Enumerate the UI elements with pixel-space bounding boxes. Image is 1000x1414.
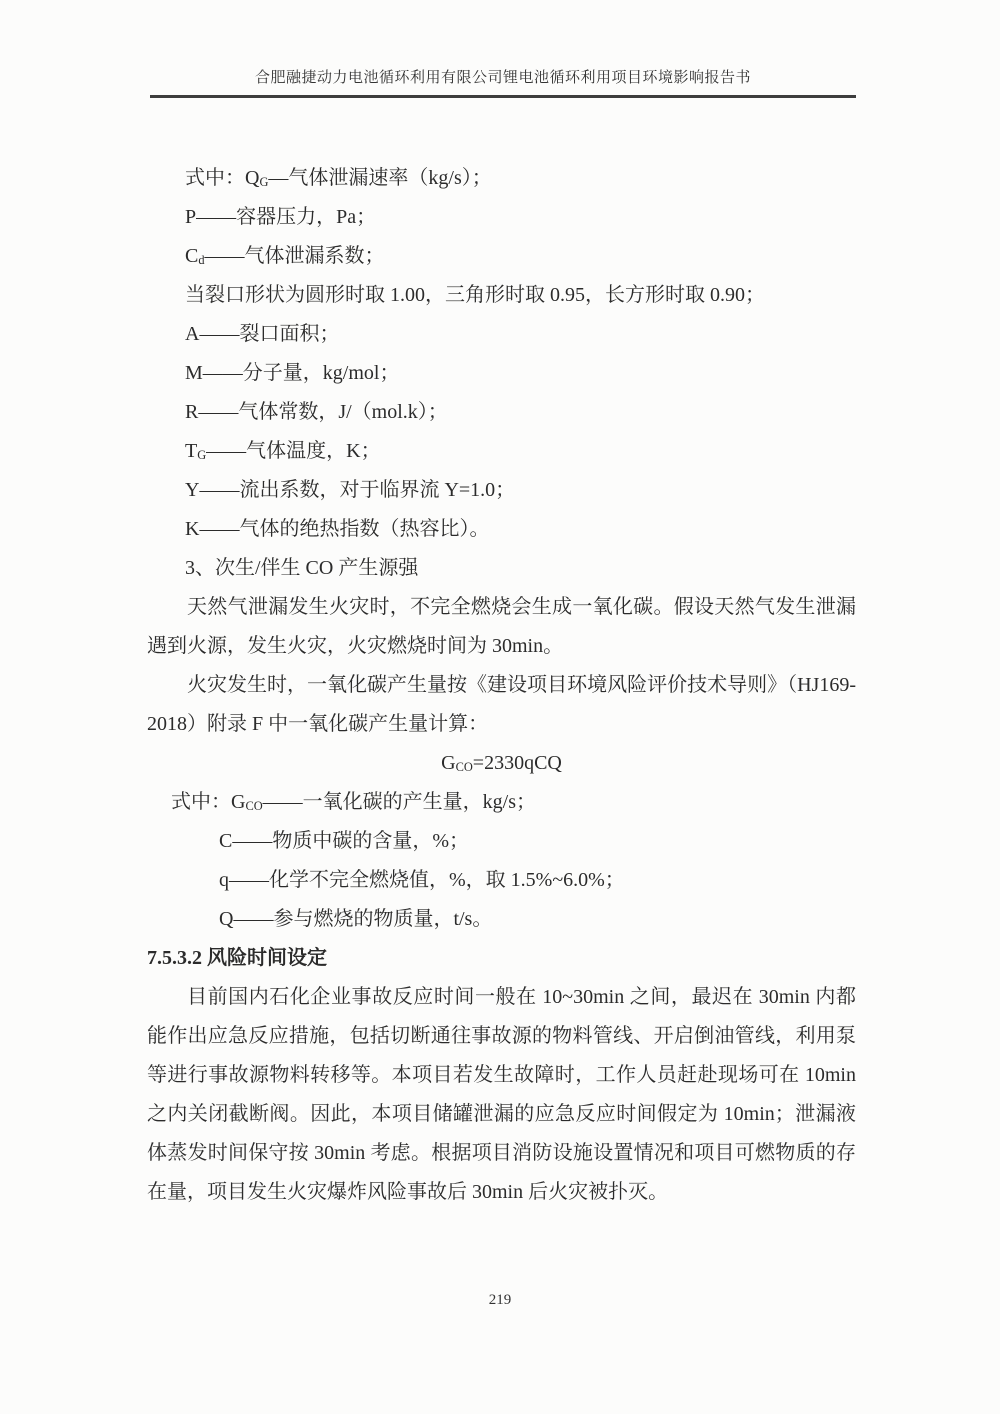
text-segment: —气体泄漏速率（kg/s）；: [268, 167, 491, 189]
note-line-crack-shape: 当裂口形状为圆形时取 1.00，三角形时取 0.95，长方形时取 0.90；: [147, 276, 856, 315]
where-line-qg: 式中：QG—气体泄漏速率（kg/s）；: [147, 159, 856, 198]
def-line-tg: TG——气体温度，K；: [147, 432, 856, 471]
page-footer: 219: [0, 1292, 1000, 1309]
def-line-cd: Cd——气体泄漏系数；: [147, 237, 856, 276]
def-line-c: C——物质中碳的含量，%；: [147, 822, 856, 861]
text-segment: 式中：G: [171, 791, 245, 813]
section-heading-risk-time: 7.5.3.2 风险时间设定: [147, 939, 856, 978]
text-segment: G: [441, 752, 455, 774]
def-line-q-lower: q——化学不完全燃烧值，%，取 1.5%~6.0%；: [147, 861, 856, 900]
subscript-g: G: [197, 448, 206, 462]
header-title: 合肥融捷动力电池循环利用有限公司锂电池循环利用项目环境影响报告书: [150, 66, 856, 90]
para-gas-leak-fire: 天然气泄漏发生火灾时，不完全燃烧会生成一氧化碳。假设天然气发生泄漏遇到火源，发生…: [147, 588, 856, 666]
text-segment: ——一氧化碳的产生量，kg/s；: [263, 791, 536, 813]
def-line-k: K——气体的绝热指数（热容比）。: [147, 510, 856, 549]
text-segment: C: [185, 245, 198, 267]
def-line-p: P——容器压力，Pa；: [147, 198, 856, 237]
where-line-gco: 式中：GCO——一氧化碳的产生量，kg/s；: [147, 783, 856, 822]
formula-gco: GCO=2330qCQ: [147, 744, 856, 783]
para-co-calculation: 火灾发生时，一氧化碳产生量按《建设项目环境风险评价技术导则》（HJ169-201…: [147, 666, 856, 744]
document-content: 式中：QG—气体泄漏速率（kg/s）； P——容器压力，Pa； Cd——气体泄漏…: [147, 99, 856, 1212]
page-header: 合肥融捷动力电池循环利用有限公司锂电池循环利用项目环境影响报告书: [150, 0, 856, 98]
text-segment: 式中：Q: [185, 167, 259, 189]
para-risk-time: 目前国内石化企业事故反应时间一般在 10~30min 之间，最迟在 30min …: [147, 978, 856, 1212]
document-page: 合肥融捷动力电池循环利用有限公司锂电池循环利用项目环境影响报告书 式中：QG—气…: [0, 0, 1000, 1414]
subscript-co: CO: [456, 760, 473, 774]
def-line-a: A——裂口面积；: [147, 315, 856, 354]
section-heading-co-source: 3、次生/伴生 CO 产生源强: [147, 549, 856, 588]
text-segment: T: [185, 440, 197, 462]
text-segment: ——气体温度，K；: [206, 440, 380, 462]
text-segment: ——气体泄漏系数；: [205, 245, 385, 267]
subscript-co: CO: [245, 799, 262, 813]
def-line-r: R——气体常数，J/（mol.k）；: [147, 393, 856, 432]
def-line-m: M——分子量，kg/mol；: [147, 354, 856, 393]
page-number: 219: [489, 1292, 512, 1308]
text-segment: =2330qCQ: [473, 752, 562, 774]
def-line-q-upper: Q——参与燃烧的物质量，t/s。: [147, 900, 856, 939]
def-line-y: Y——流出系数，对于临界流 Y=1.0；: [147, 471, 856, 510]
